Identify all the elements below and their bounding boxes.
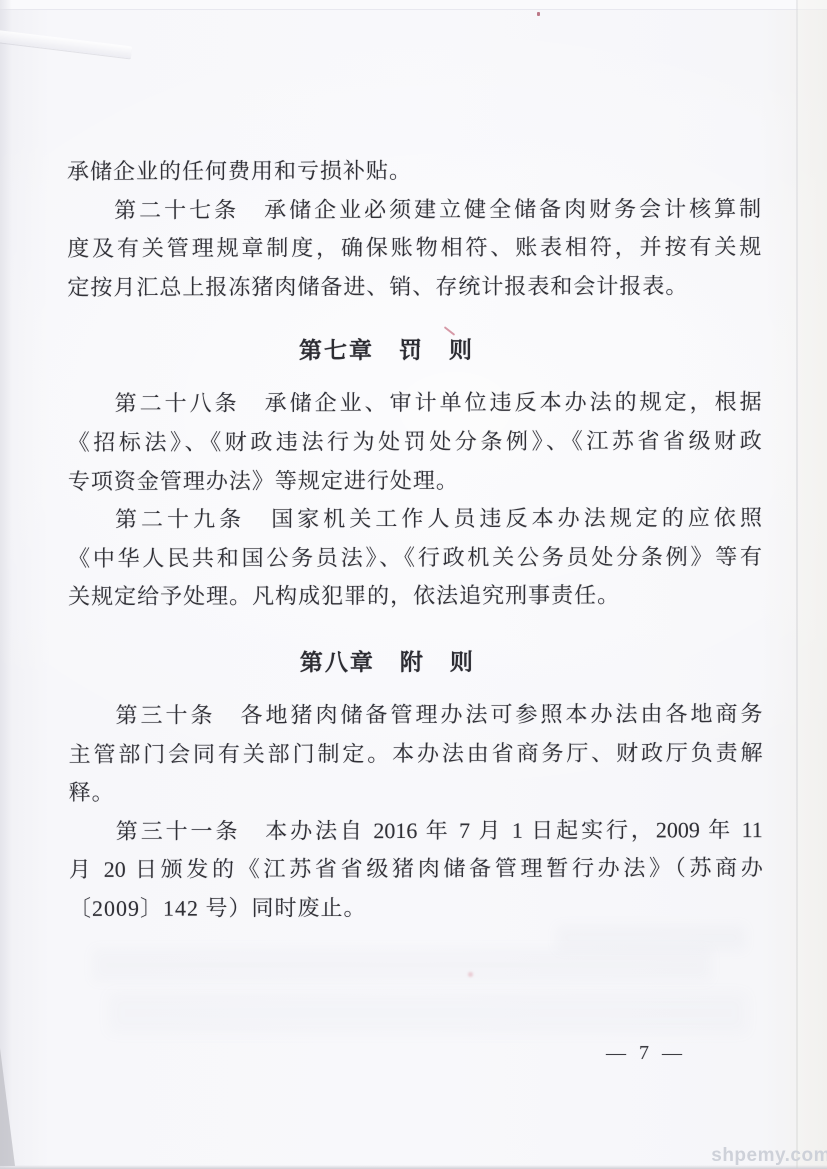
page-number: — 7 — (606, 1042, 686, 1065)
scan-artifact-right-edge (796, 0, 798, 1169)
body-line-article27: 度及有关管理规章制度，确保账物相符、账表相符，并按有关规 (67, 228, 761, 268)
scan-artifact-bleedthrough (556, 925, 746, 951)
body-line-article31: 第三十一条 本办法自 2016 年 7 月 1 日起实行，2009 年 11 (69, 811, 763, 851)
scan-artifact-corner-wedge (0, 1048, 15, 1166)
body-line-article31: 〔2009〕142 号）同时废止。 (69, 888, 763, 928)
body-line-article27: 定按月汇总上报冻猪肉储备进、销、存统计报表和会计报表。 (67, 267, 761, 307)
watermark: shpemy.com (711, 1145, 827, 1167)
scanned-document-page: 承储企业的任何费用和亏损补贴。 第二十七条 承储企业必须建立健全储备肉财务会计核… (0, 0, 827, 1169)
body-line-article28: 《招标法》、《财政违法行为处罚处分条例》、《江苏省省级财政 (68, 422, 762, 462)
document-body: 承储企业的任何费用和亏损补贴。 第二十七条 承储企业必须建立健全储备肉财务会计核… (67, 151, 763, 928)
body-line-article30: 第三十条 各地猪肉储备管理办法可参照本办法由各地商务 (68, 695, 762, 735)
scan-artifact-crease (0, 30, 132, 59)
scan-artifact-bleedthrough (108, 992, 748, 1034)
chapter-7-heading: 第七章 罚 则 (39, 335, 733, 369)
body-line-article29: 第二十九条 国家机关工作人员违反本办法规定的应依照 (68, 499, 762, 539)
scan-artifact-right-tint (798, 0, 827, 1169)
body-line-article28: 专项资金管理办法》等规定进行处理。 (68, 461, 762, 501)
body-line-article29: 《中华人民共和国公务员法》、《行政机关公务员处分条例》等有 (68, 538, 762, 578)
body-line-article29: 关规定给予处理。凡构成犯罪的，依法追究刑事责任。 (68, 576, 762, 616)
body-line-article30: 主管部门会同有关部门制定。本办法由省商务厅、财政厅负责解 (69, 734, 763, 774)
scan-artifact-bottom-edge (0, 1165, 827, 1169)
body-line-article31: 月 20 日颁发的《江苏省省级猪肉储备管理暂行办法》（苏商办 (69, 849, 763, 889)
scan-artifact-red-speck (537, 12, 540, 16)
scan-artifact-bleedthrough (92, 948, 712, 982)
body-line-article26-tail: 承储企业的任何费用和亏损补贴。 (67, 151, 761, 191)
body-line-article27: 第二十七条 承储企业必须建立健全储备肉财务会计核算制 (67, 190, 761, 230)
scan-artifact-pink-speck (468, 972, 473, 977)
scan-artifact-left-edge (0, 0, 12, 1169)
body-line-article30: 释。 (69, 772, 763, 812)
scan-artifact-top-edge (0, 0, 827, 10)
body-line-article28: 第二十八条 承储企业、审计单位违反本办法的规定，根据 (68, 383, 762, 423)
chapter-8-heading: 第八章 附 则 (40, 646, 734, 680)
